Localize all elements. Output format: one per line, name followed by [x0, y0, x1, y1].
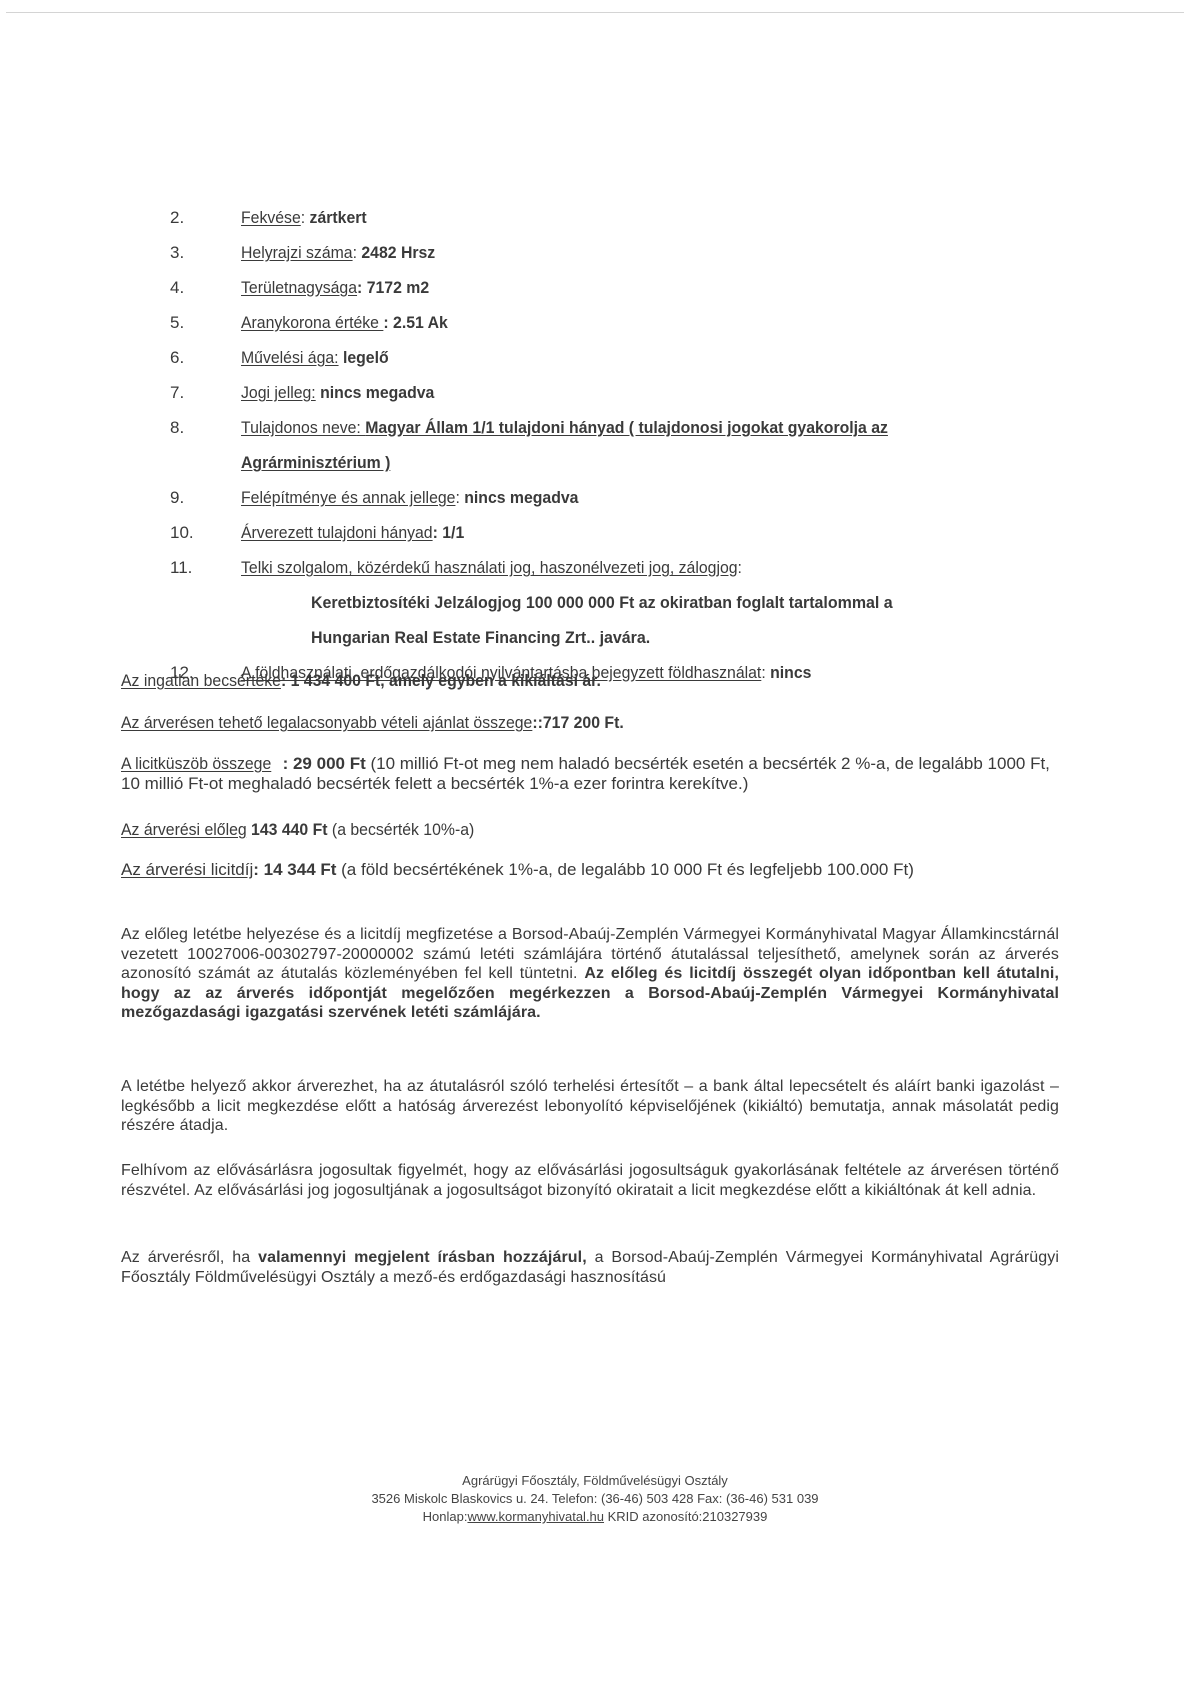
- website-link[interactable]: www.kormanyhivatal.hu: [467, 1509, 604, 1524]
- bidder-eligibility-paragraph: A letétbe helyező akkor árverezhet, ha a…: [121, 1077, 1059, 1136]
- list-item-owner-name-cont: Agrárminisztérium ): [170, 445, 1070, 480]
- valuation-line: Az ingatlan becsértéke: 1 434 400 Ft, am…: [121, 670, 995, 692]
- list-item-area: 4. Területnagysága: 7172 m2: [170, 270, 1070, 305]
- bid-threshold-paragraph: A licitküszöb összege : 29 000 Ft (10 mi…: [121, 754, 1067, 794]
- document-page: 2. Fekvése: zártkert 3. Helyrajzi száma:…: [0, 0, 1190, 1684]
- list-item-owner-name: 8. Tulajdonos neve: Magyar Állam 1/1 tul…: [170, 410, 1070, 445]
- property-details-list: 2. Fekvése: zártkert 3. Helyrajzi száma:…: [170, 200, 1070, 690]
- list-item-building: 9. Felépítménye és annak jellege: nincs …: [170, 480, 1070, 515]
- payment-paragraph: Az előleg letétbe helyezése és a licitdí…: [121, 925, 1059, 1023]
- scan-edge-line: [6, 12, 1184, 13]
- list-item-encumbrances: 11. Telki szolgalom, közérdekű használat…: [170, 550, 1070, 585]
- auction-deposit-line: Az árverési előleg 143 440 Ft (a becsért…: [121, 819, 995, 841]
- list-item-parcel-number: 3. Helyrajzi száma: 2482 Hrsz: [170, 235, 1070, 270]
- page-footer: Agrárügyi Főosztály, Földművelésügyi Osz…: [0, 1472, 1190, 1526]
- minimum-offer-line: Az árverésen tehető legalacsonyabb vétel…: [121, 712, 995, 734]
- bid-fee-paragraph: Az árverési licitdíj: 14 344 Ft (a föld …: [121, 860, 1067, 880]
- footer-department: Agrárügyi Főosztály, Földművelésügyi Osz…: [0, 1472, 1190, 1490]
- footer-web: Honlap:www.kormanyhivatal.hu KRID azonos…: [0, 1508, 1190, 1526]
- list-item-legal-character: 7. Jogi jelleg: nincs megadva: [170, 375, 1070, 410]
- auction-consent-paragraph: Az árverésről, ha valamennyi megjelent í…: [121, 1248, 1059, 1287]
- footer-address: 3526 Miskolc Blaskovics u. 24. Telefon: …: [0, 1490, 1190, 1508]
- encumbrance-detail-2: Hungarian Real Estate Financing Zrt.. ja…: [170, 620, 1070, 655]
- encumbrance-detail-1: Keretbiztosítéki Jelzálogjog 100 000 000…: [170, 585, 1070, 620]
- list-item-golden-crown-value: 5. Aranykorona értéke : 2.51 Ak: [170, 305, 1070, 340]
- list-item-auctioned-share: 10. Árverezett tulajdoni hányad: 1/1: [170, 515, 1070, 550]
- preemption-rights-paragraph: Felhívom az elővásárlásra jogosultak fig…: [121, 1161, 1059, 1200]
- list-item-location: 2. Fekvése: zártkert: [170, 200, 1070, 235]
- list-item-cultivation-branch: 6. Művelési ága: legelő: [170, 340, 1070, 375]
